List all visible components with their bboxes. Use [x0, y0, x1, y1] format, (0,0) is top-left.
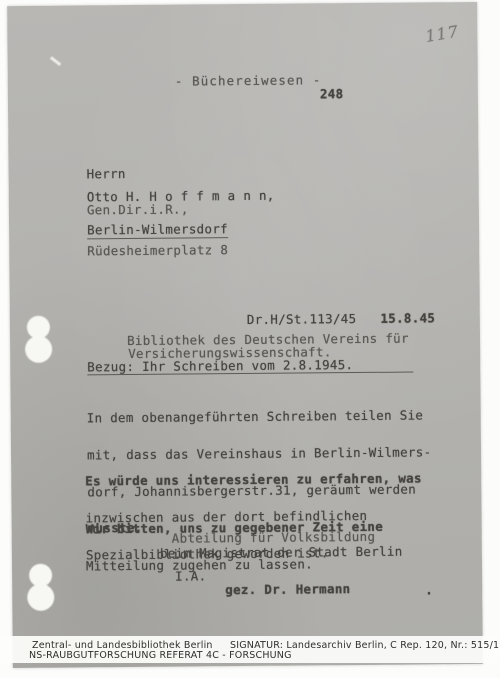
document-category-heading: - Büchereiwesen - [175, 74, 322, 87]
body-line: Es würde uns interessieren zu erfahren, … [85, 473, 422, 488]
recipient-city-text: Berlin-Wilmersdorf [87, 221, 228, 239]
closing-organization-line-2: beim Magistrat der Stadt Berlin [160, 546, 403, 560]
document-paper: 117 - Büchereiwesen - 248 Herrn Otto H. … [7, 2, 483, 668]
archive-footer: Zentral- und Landesbibliothek Berlin SIG… [0, 636, 500, 663]
recipient-salutation: Herrn [87, 168, 126, 181]
recipient-city: Berlin-Wilmersdorf [87, 223, 228, 236]
body-line: In dem obenangeführten Schreiben teilen … [87, 410, 431, 425]
handwritten-page-number: 117 [424, 22, 460, 46]
paper-scratch-mark [50, 56, 61, 66]
document-date: 15.8.45 [380, 310, 435, 325]
recipient-street: Rüdesheimerplatz 8 [87, 244, 228, 257]
punch-hole-top [21, 314, 55, 366]
signature-name: gez. Dr. Hermann [225, 583, 350, 596]
recipient-title: Gen.Dir.i.R., [87, 203, 189, 216]
file-number: Dr.H/St.113/45 [247, 311, 357, 327]
page-number: 248 [320, 88, 344, 100]
footer-department: NS-RAUBGUTFORSCHUNG REFERAT 4C - FORSCHU… [29, 650, 292, 661]
punch-hole-bottom [23, 562, 57, 614]
scanned-document-page: 117 - Büchereiwesen - 248 Herrn Otto H. … [0, 0, 500, 678]
subject-reference-text: Bezug: Ihr Schreiben vom 2.8.1945. [87, 359, 413, 376]
closing-initials: I.A. [175, 570, 206, 582]
closing-organization-line-1: Abteilung für Volksbildung [172, 531, 376, 545]
stray-dot: . [425, 584, 433, 596]
subject-reference-line: Bezug: Ihr Schreiben vom 2.8.1945. [87, 359, 413, 376]
reference-line: Dr.H/St.113/4515.8.45 [247, 312, 435, 326]
